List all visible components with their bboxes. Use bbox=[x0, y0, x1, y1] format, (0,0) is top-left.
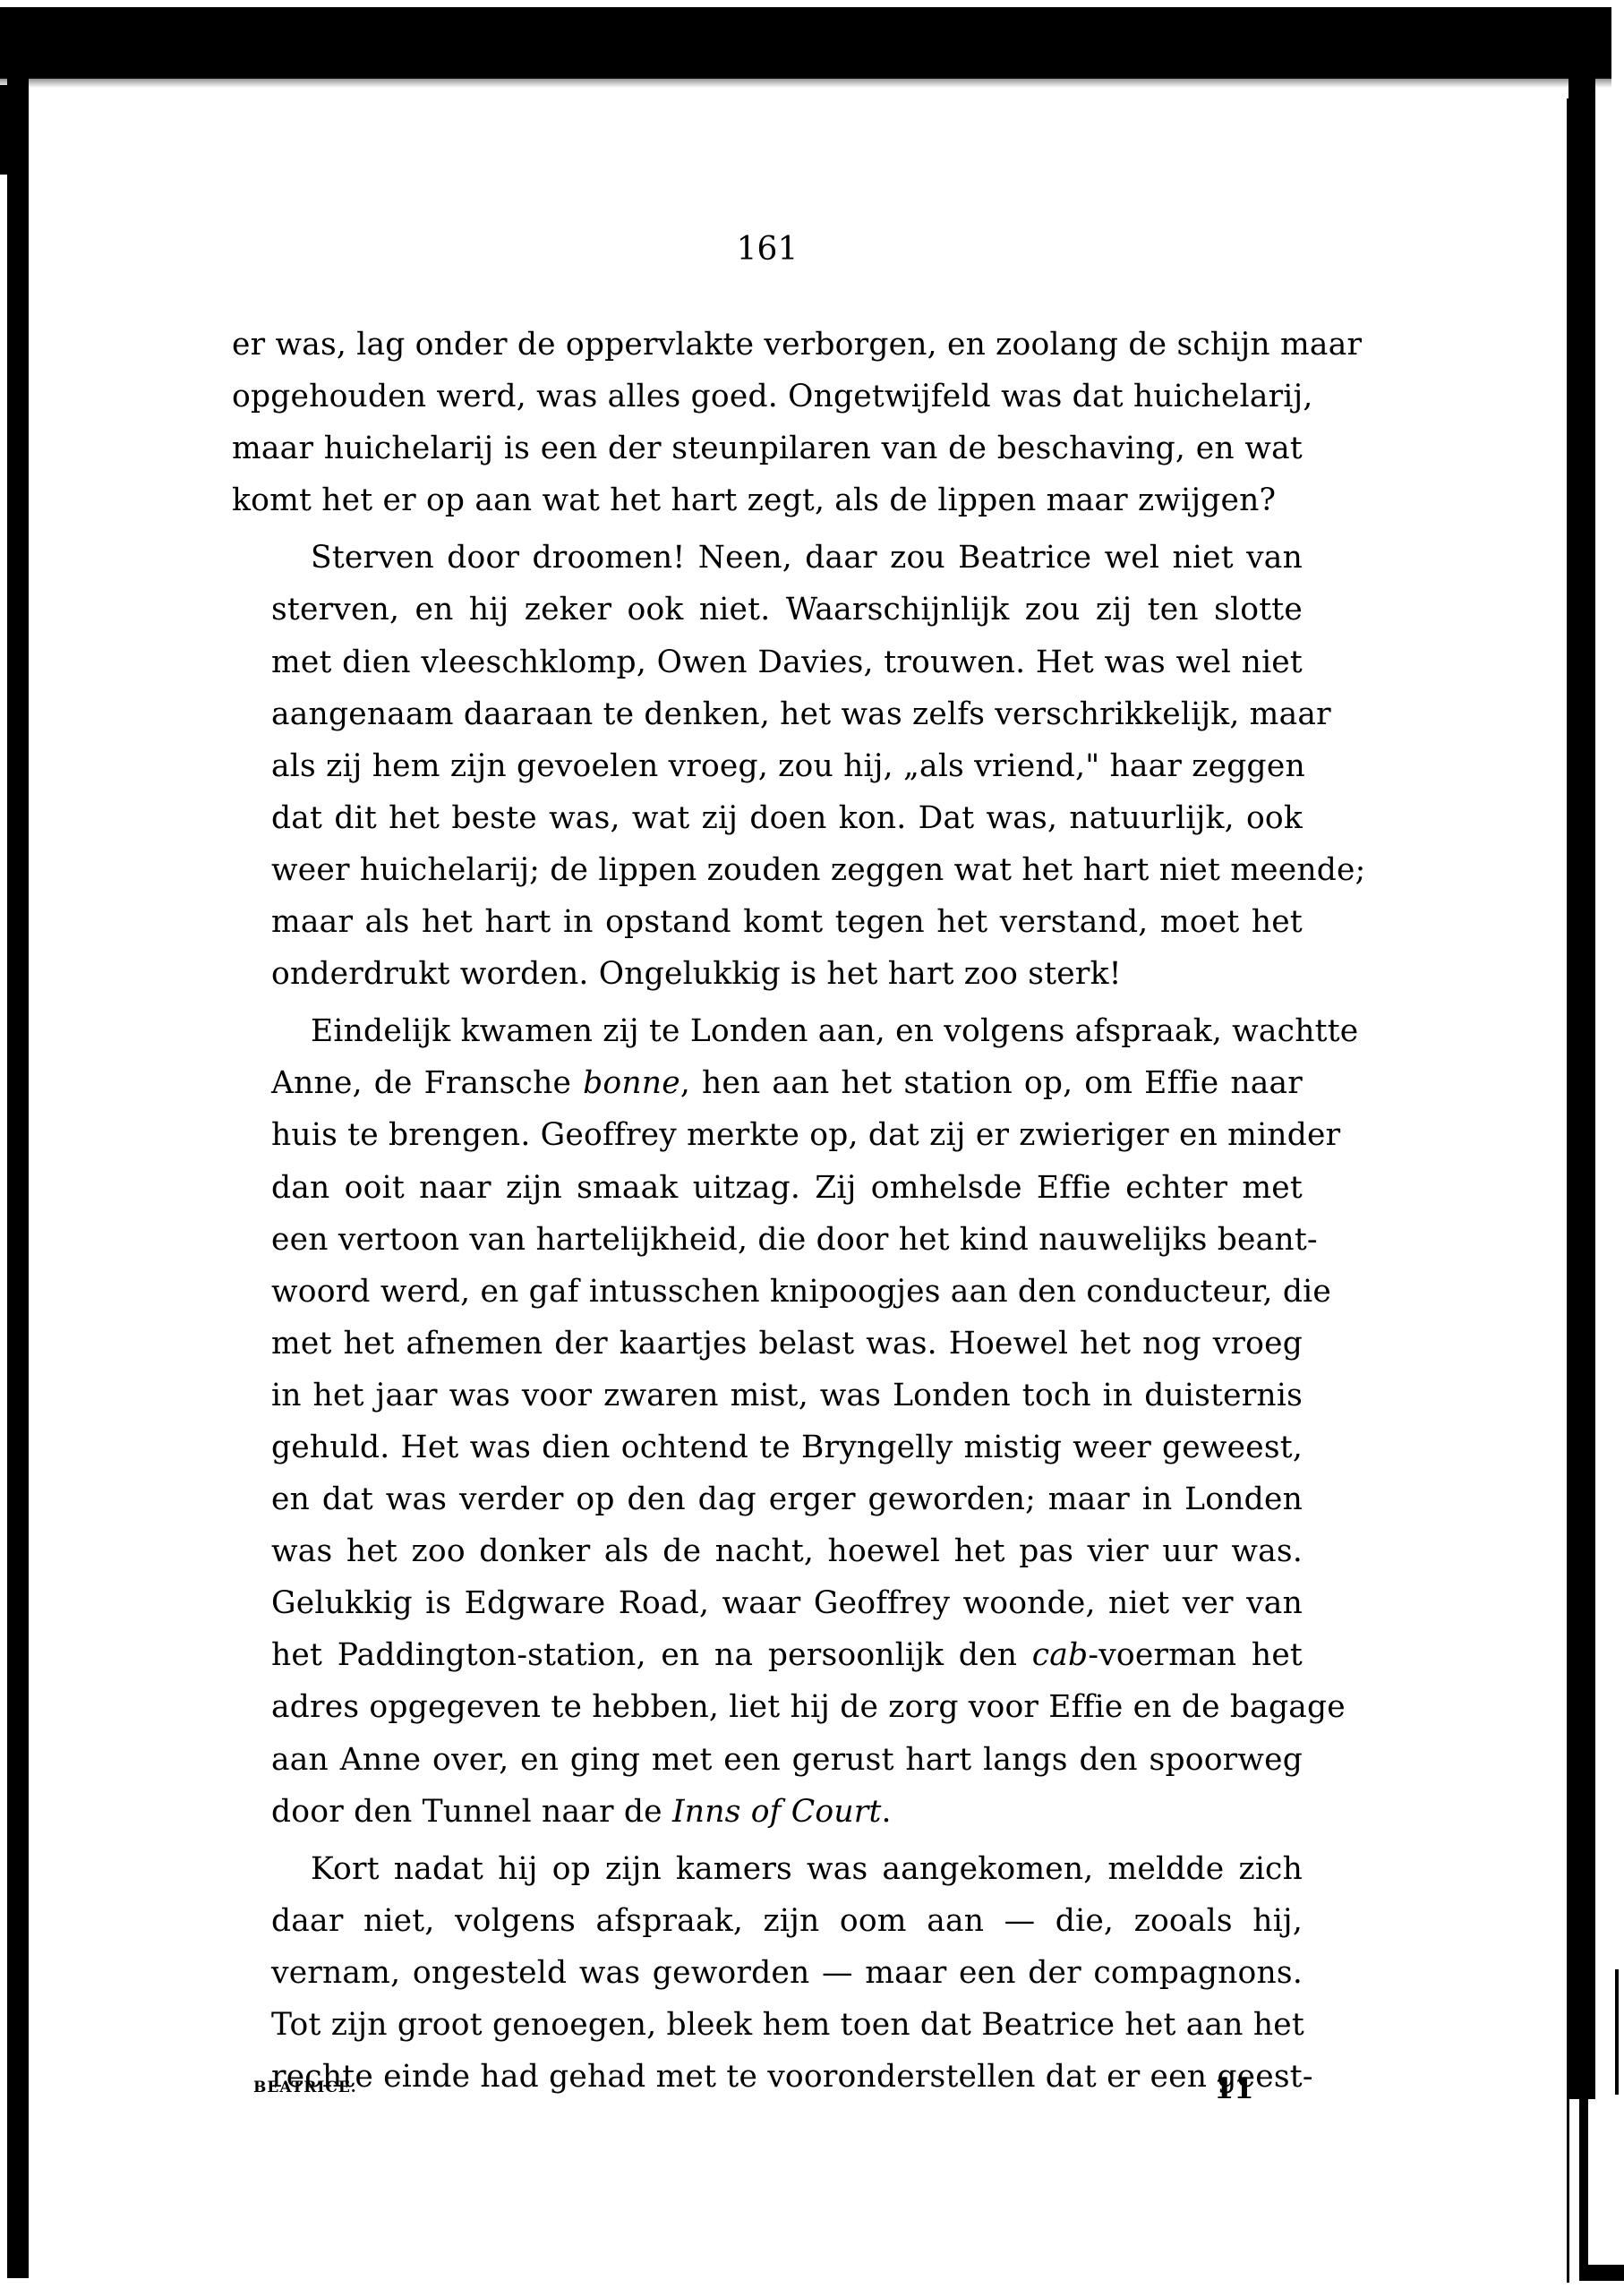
scan-border-right-foot bbox=[1579, 2265, 1624, 2281]
body-text: er was, lag onder de oppervlakte verborg… bbox=[232, 319, 1303, 2103]
signature-number: 11 bbox=[1214, 2071, 1254, 2105]
text-line: Kort nadat hij op zijn kamers was aangek… bbox=[232, 1843, 1303, 1895]
text-line: Eindelijk kwamen zij te Londen aan, en v… bbox=[232, 1005, 1303, 1057]
italic-text: Inns of Court bbox=[672, 1794, 882, 1830]
paragraph: Kort nadat hij op zijn kamers was aangek… bbox=[232, 1843, 1303, 2103]
text-line: een vertoon van hartelijkheid, die door … bbox=[232, 1214, 1303, 1266]
scan-border-top bbox=[0, 7, 1611, 79]
text-line: aan Anne over, en ging met een gerust ha… bbox=[232, 1734, 1303, 1786]
paragraph: er was, lag onder de oppervlakte verborg… bbox=[232, 319, 1303, 526]
text-line: Gelukkig is Edgware Road, waar Geoffrey … bbox=[232, 1577, 1303, 1629]
scan-border-right bbox=[1568, 76, 1595, 2099]
text-line: aangenaam daaraan te denken, het was zel… bbox=[232, 688, 1303, 740]
text-line: maar als het hart in opstand komt tegen … bbox=[232, 896, 1303, 948]
text-line: komt het er op aan wat het hart zegt, al… bbox=[232, 474, 1303, 526]
text-line: en dat was verder op den dag erger gewor… bbox=[232, 1473, 1303, 1525]
scan-border-left bbox=[7, 76, 29, 2278]
italic-text: bonne bbox=[583, 1065, 680, 1101]
paragraph: Sterven door droomen! Neen, daar zou Bea… bbox=[232, 532, 1303, 1000]
text-line: met het afnemen der kaartjes belast was.… bbox=[232, 1318, 1303, 1370]
text-line: in het jaar was voor zwaren mist, was Lo… bbox=[232, 1370, 1303, 1421]
text-line: huis te brengen. Geoffrey merkte op, dat… bbox=[232, 1109, 1303, 1161]
paragraph: Eindelijk kwamen zij te Londen aan, en v… bbox=[232, 1005, 1303, 1838]
text-line: dat dit het beste was, wat zij doen kon.… bbox=[232, 792, 1303, 844]
text-line: maar huichelarij is een der steunpilaren… bbox=[232, 423, 1303, 474]
text-line: met dien vleeschklomp, Owen Davies, trou… bbox=[232, 636, 1303, 688]
text-line: gehuld. Het was dien ochtend te Bryngell… bbox=[232, 1421, 1303, 1473]
text-line: dan ooit naar zijn smaak uitzag. Zij omh… bbox=[232, 1162, 1303, 1214]
text-line: als zij hem zijn gevoelen vroeg, zou hij… bbox=[232, 740, 1303, 792]
scan-border-left-edge bbox=[0, 85, 11, 175]
scan-border-right-strip bbox=[1579, 1969, 1588, 2278]
text-line: Sterven door droomen! Neen, daar zou Bea… bbox=[232, 532, 1303, 584]
text-line: was het zoo donker als de nacht, hoewel … bbox=[232, 1525, 1303, 1577]
scan-border-top-shadow bbox=[0, 77, 1611, 88]
text-line: door den Tunnel naar de Inns of Court. bbox=[232, 1786, 1303, 1838]
text-line: sterven, en hij zeker ook niet. Waarschi… bbox=[232, 584, 1303, 636]
text-line: onderdrukt worden. Ongelukkig is het har… bbox=[232, 948, 1303, 1000]
page-number: 161 bbox=[232, 231, 1303, 268]
signature-label: BEATRICE. bbox=[253, 2079, 357, 2096]
text-line: er was, lag onder de oppervlakte verborg… bbox=[232, 319, 1303, 371]
text-line: woord werd, en gaf intusschen knipoogjes… bbox=[232, 1266, 1303, 1318]
text-line: Tot zijn groot genoegen, bleek hem toen … bbox=[232, 1999, 1303, 2051]
text-line: vernam, ongesteld was geworden — maar ee… bbox=[232, 1947, 1303, 1999]
text-line: opgehouden werd, was alles goed. Ongetwi… bbox=[232, 371, 1303, 423]
italic-text: cab bbox=[1032, 1637, 1089, 1673]
text-line: adres opgegeven te hebben, liet hij de z… bbox=[232, 1681, 1303, 1733]
text-line: rechte einde had gehad met te vooronders… bbox=[232, 2051, 1303, 2103]
text-line: het Paddington-station, en na persoonlij… bbox=[232, 1629, 1303, 1681]
text-line: weer huichelarij; de lippen zouden zegge… bbox=[232, 844, 1303, 896]
scan-border-right-edge bbox=[1615, 1969, 1619, 2095]
text-line: Anne, de Fransche bonne, hen aan het sta… bbox=[232, 1057, 1303, 1109]
text-line: daar niet, volgens afspraak, zijn oom aa… bbox=[232, 1895, 1303, 1947]
